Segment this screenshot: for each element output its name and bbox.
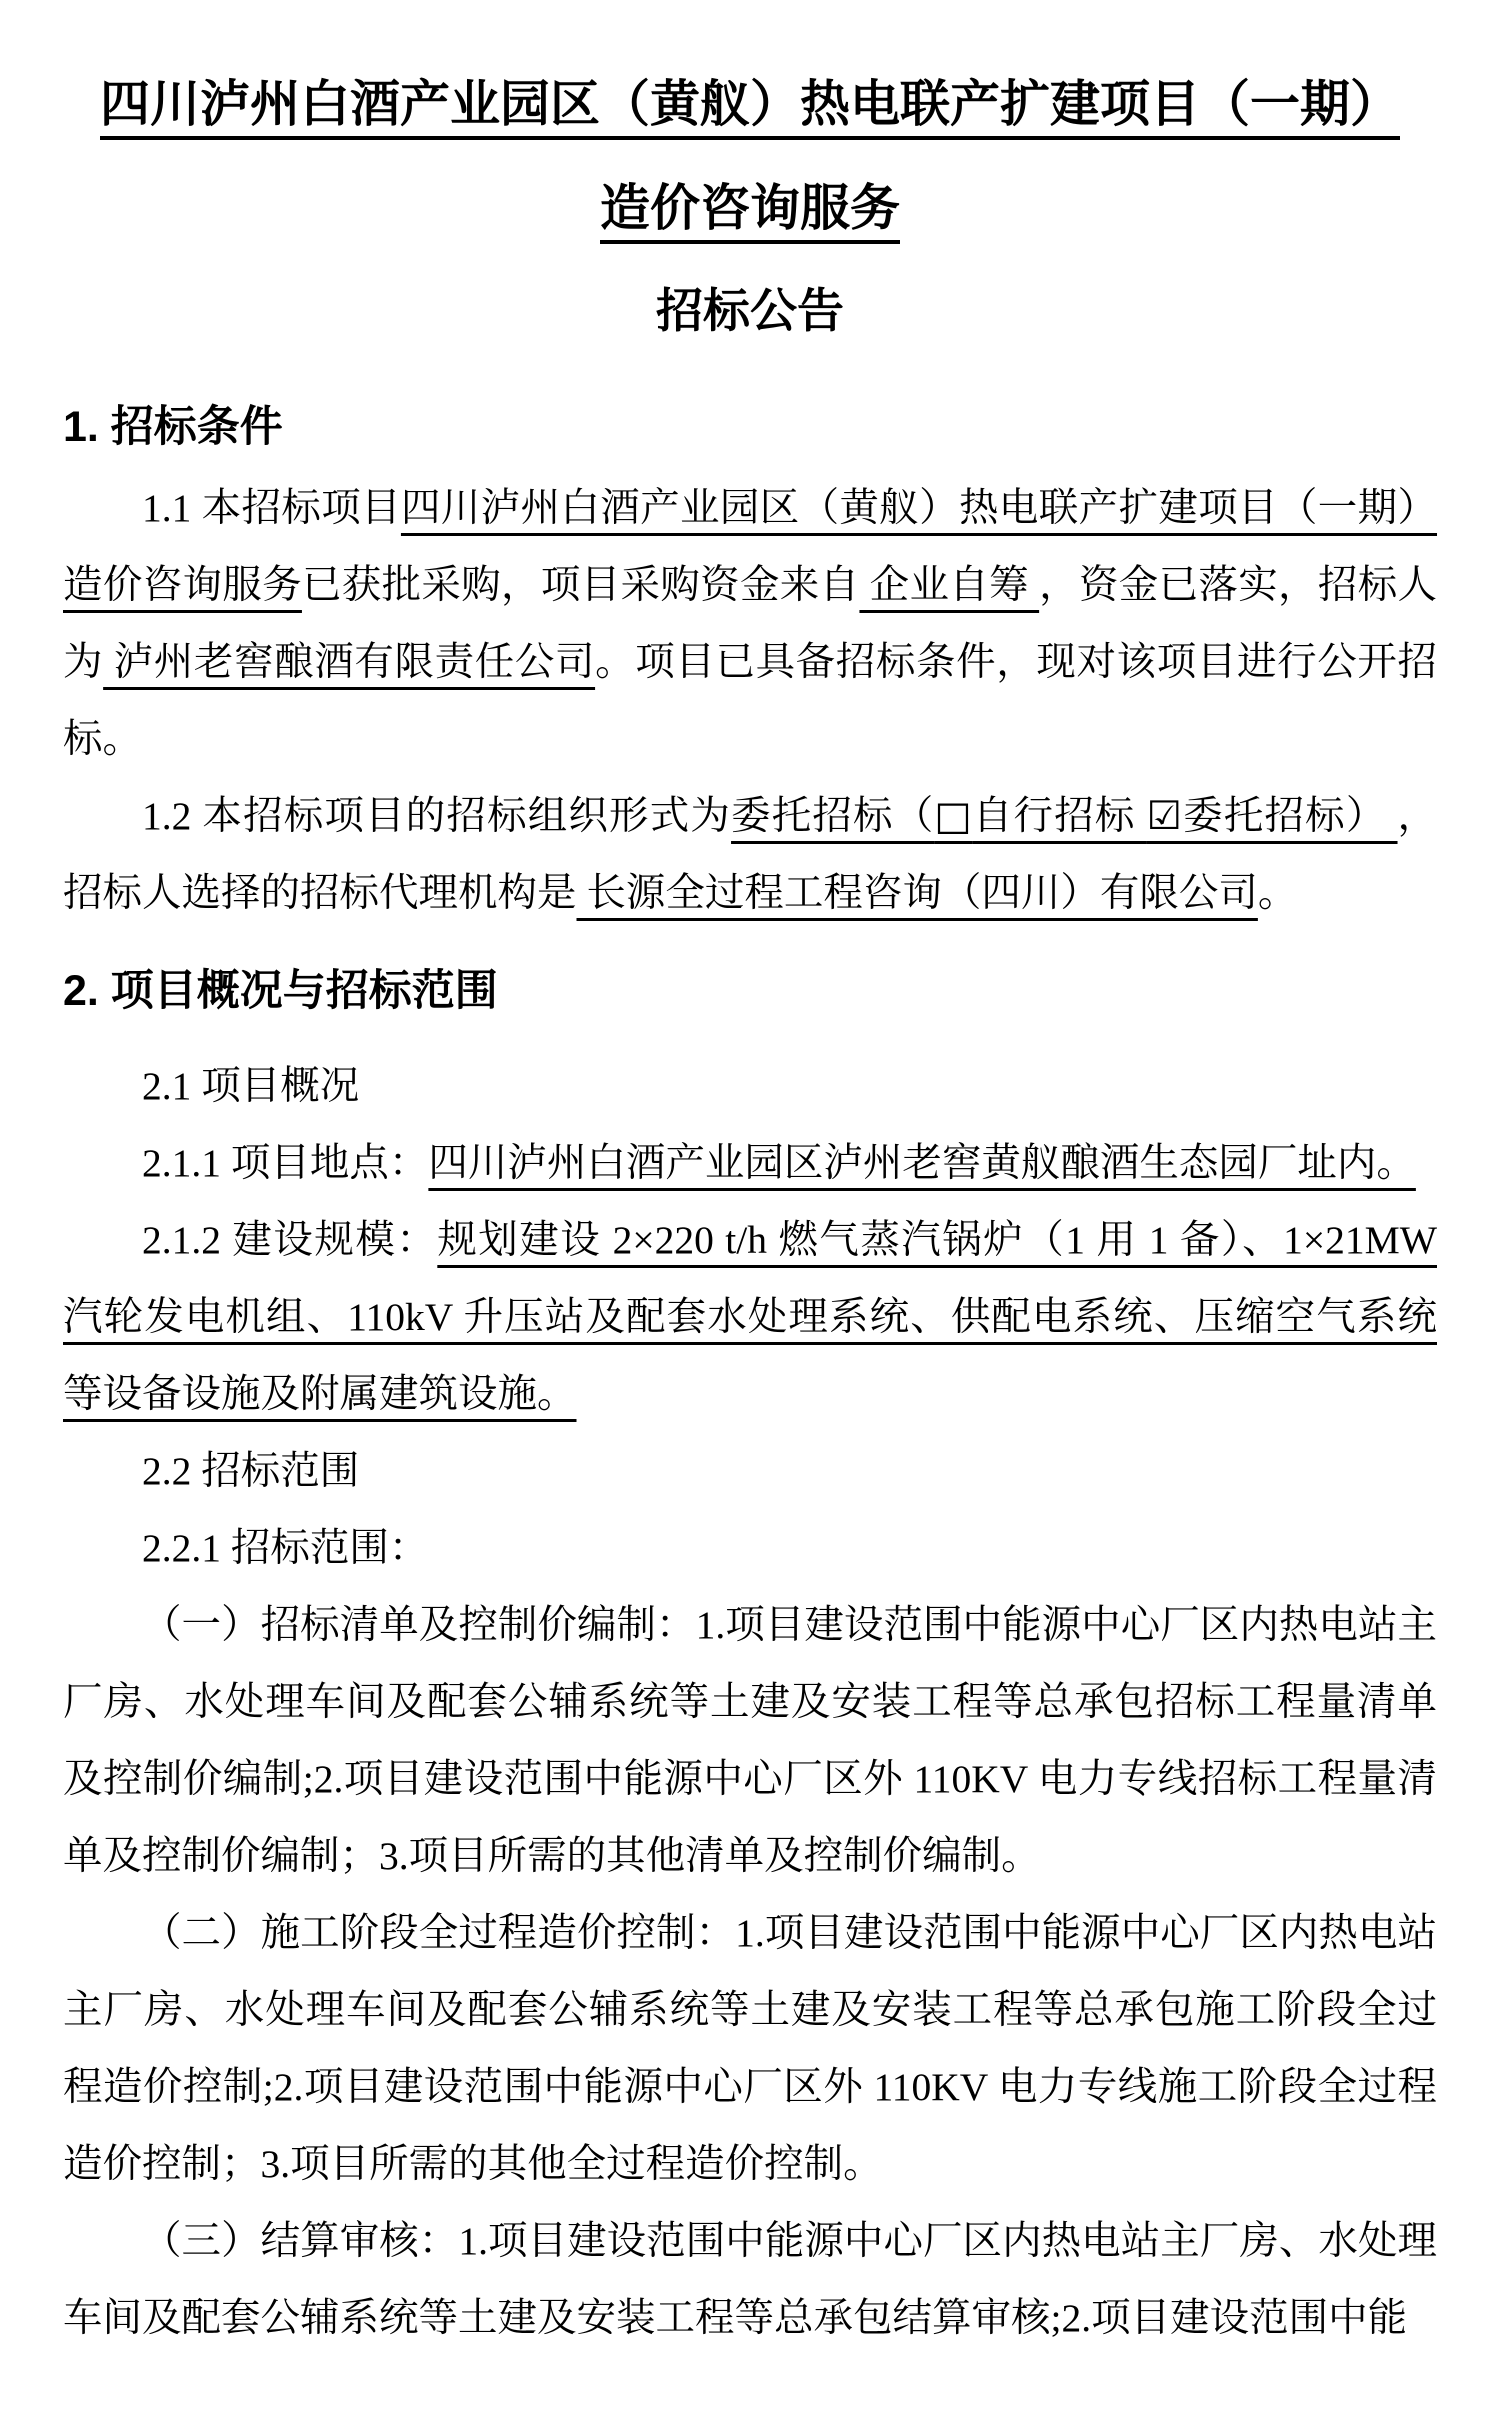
doc-title-line2: 造价咨询服务 xyxy=(600,180,900,236)
checkbox-unchecked-icon: □ xyxy=(934,793,973,839)
clause-2-2-1: 2.2.1 招标范围： xyxy=(63,1510,1437,1587)
funding-source-underline: 企业自筹 xyxy=(859,563,1039,607)
org-form-text-1: 委托招标（ xyxy=(731,794,934,838)
scope-item-1: （一）招标清单及控制价编制：1.项目建设范围中能源中心厂区内热电站主厂房、水处理… xyxy=(63,1587,1437,1895)
clause-2-2: 2.2 招标范围 xyxy=(63,1433,1437,1510)
location-label: 2.1.1 项目地点： xyxy=(142,1141,428,1185)
doc-title-line1: 四川泸州白酒产业园区（黄舣）热电联产扩建项目（一期） xyxy=(100,76,1400,132)
tenderee-name-underline: 泸州老窖酿酒有限责任公司 xyxy=(103,640,595,684)
section-2-heading: 2. 项目概况与招标范围 xyxy=(63,960,1437,1022)
clause-2-1: 2.1 项目概况 xyxy=(63,1048,1437,1125)
notice-type-title: 招标公告 xyxy=(63,260,1437,364)
doc-title-row1: 四川泸州白酒产业园区（黄舣）热电联产扩建项目（一期） xyxy=(63,52,1437,156)
document-page: 四川泸州白酒产业园区（黄舣）热电联产扩建项目（一期） 造价咨询服务 招标公告 1… xyxy=(0,0,1500,2414)
location-underline: 四川泸州白酒产业园区泸州老窖黄舣酿酒生态园厂址内。 xyxy=(428,1141,1416,1185)
clause-1-1-mid1: 已获批采购，项目采购资金来自 xyxy=(302,563,860,607)
section-1-heading: 1. 招标条件 xyxy=(63,396,1437,458)
clause-1-2-end: 。 xyxy=(1258,871,1298,915)
clause-1-1-intro: 1.1 本招标项目 xyxy=(142,486,401,530)
doc-title-block: 四川泸州白酒产业园区（黄舣）热电联产扩建项目（一期） 造价咨询服务 招标公告 xyxy=(63,52,1437,364)
org-form-text-2: 自行招标 xyxy=(973,794,1147,838)
doc-title-row2: 造价咨询服务 xyxy=(63,156,1437,260)
clause-2-1-1: 2.1.1 项目地点：四川泸州白酒产业园区泸州老窖黄舣酿酒生态园厂址内。 xyxy=(63,1125,1437,1202)
scale-label: 2.1.2 建设规模： xyxy=(142,1218,437,1262)
org-form-text-3: 委托招标） xyxy=(1182,794,1398,838)
agency-name-underline: 长源全过程工程咨询（四川）有限公司 xyxy=(577,871,1258,915)
clause-1-2-intro: 1.2 本招标项目的招标组织形式为 xyxy=(142,794,731,838)
org-form-underline: 委托招标（□自行招标 ☑委托招标） xyxy=(731,794,1397,838)
clause-1-1: 1.1 本招标项目四川泸州白酒产业园区（黄舣）热电联产扩建项目（一期）造价咨询服… xyxy=(63,470,1437,778)
checkbox-checked-icon: ☑ xyxy=(1147,793,1182,839)
scope-item-3: （三）结算审核：1.项目建设范围中能源中心厂区内热电站主厂房、水处理车间及配套公… xyxy=(63,2203,1437,2357)
scope-item-2: （二）施工阶段全过程造价控制：1.项目建设范围中能源中心厂区内热电站主厂房、水处… xyxy=(63,1895,1437,2203)
clause-2-1-2: 2.1.2 建设规模：规划建设 2×220 t/h 燃气蒸汽锅炉（1 用 1 备… xyxy=(63,1202,1437,1433)
clause-1-2: 1.2 本招标项目的招标组织形式为委托招标（□自行招标 ☑委托招标） ，招标人选… xyxy=(63,778,1437,932)
